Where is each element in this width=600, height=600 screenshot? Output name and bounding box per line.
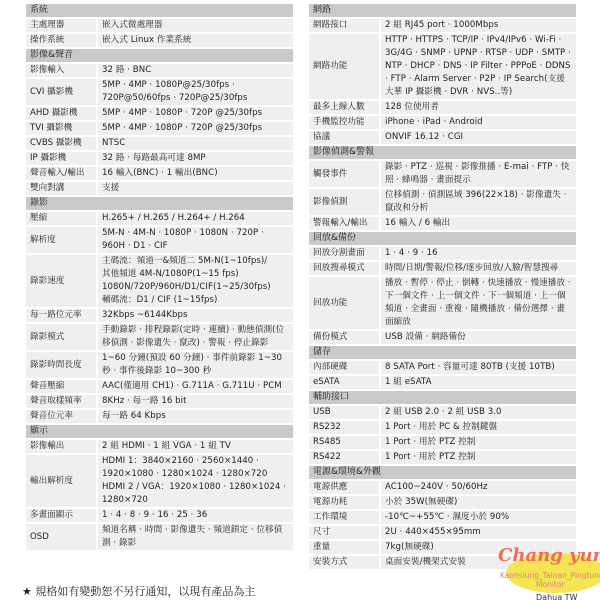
- spec-value-line: 主碼流：頻道一&頻道二 5M-N(1~10fps)/: [102, 255, 289, 268]
- spec-row: eSATA1 組 eSATA: [309, 376, 576, 389]
- spec-value: 5MP · 4MP · 1080P@25/30fps · 720P@50/60f…: [98, 79, 293, 105]
- section-header: 錄影: [26, 197, 293, 210]
- spec-value: ONVIF 16.12 · CGI: [381, 131, 576, 144]
- spec-label: 手機監控功能: [309, 116, 381, 129]
- spec-value: 2 組 USB 2.0 · 2 組 USB 3.0: [381, 406, 576, 419]
- spec-label: 觸發事件: [309, 161, 381, 187]
- spec-value: 1 Port · 用於 PTZ 控制: [381, 436, 576, 449]
- spec-row: 觸發事件錄影 · PTZ · 巡視 · 影像推播 · E-mai · FTP ·…: [309, 161, 576, 187]
- spec-row: 每一路位元率32Kbps ~6144Kbps: [26, 309, 293, 322]
- spec-label: 聲音取樣頻率: [26, 395, 98, 408]
- spec-row: 壓縮H.265+ / H.265 / H.264+ / H.264: [26, 212, 293, 225]
- spec-value: 主碼流：頻道一&頻道二 5M-N(1~10fps)/其他頻道 4M-N/1080…: [98, 255, 293, 307]
- spec-value: 播放 · 暫停 · 停止 · 倒轉 · 快速播放 · 慢速播放 · 下一個文件 …: [381, 277, 576, 329]
- spec-row: 多畫面顯示1 · 4 · 8 · 9 · 16 · 25 · 36: [26, 509, 293, 522]
- spec-row: AHD 攝影機5MP · 4MP · 1080P · 720P @25/30fp…: [26, 107, 293, 120]
- spec-value: 每一路 64 Kbps: [98, 410, 293, 423]
- spec-row: 聲音壓縮AAC(僅適用 CH1) · G.711A · G.711U · PCM: [26, 380, 293, 393]
- footnote: ★ 規格如有變動恕不另行通知，以現有產品為主: [22, 583, 255, 599]
- spec-label: 網路接口: [309, 19, 381, 32]
- spec-row: CVBS 攝影機NTSC: [26, 137, 293, 150]
- section-title: 網路: [309, 4, 576, 17]
- spec-label: 錄影時間長度: [26, 352, 98, 378]
- section-title: 影像&聲音: [26, 49, 293, 62]
- spec-value: 嵌入式 Linux 作業系統: [98, 34, 293, 47]
- spec-row: 雙向對講支援: [26, 182, 293, 195]
- spec-value: 時間/日期/警報/位移/逐步回放/人臉/智慧搜尋: [381, 262, 576, 275]
- spec-label: 網路功能: [309, 34, 381, 99]
- spec-value-line: 1080N/720P/960H/D1/CIF(1~25/30fps): [102, 281, 289, 294]
- spec-row: 錄影模式手動錄影 · 排程錄影(定時 · 連續) · 動態偵測(位移偵測 · 影…: [26, 324, 293, 350]
- spec-label: 工作環境: [309, 511, 381, 524]
- spec-label: 聲音輸入/輸出: [26, 167, 98, 180]
- spec-label: 主處理器: [26, 19, 98, 32]
- section-title: 儲存: [309, 346, 576, 359]
- spec-row: RS4221 Port · 用於 PTZ 控制: [309, 451, 576, 464]
- spec-value: 2 組 RJ45 port · 1000Mbps: [381, 19, 576, 32]
- spec-label: 壓縮: [26, 212, 98, 225]
- spec-value: 2 組 HDMI · 1 組 VGA · 1 組 TV: [98, 440, 293, 453]
- spec-row: 工作環境-10℃~+55℃ · 濕度小於 90%: [309, 511, 576, 524]
- spec-row: 操作系統嵌入式 Linux 作業系統: [26, 34, 293, 47]
- spec-label: 聲音位元率: [26, 410, 98, 423]
- spec-label: 每一路位元率: [26, 309, 98, 322]
- watermark-subtitle2: Monitor: [536, 580, 565, 589]
- spec-label: 解析度: [26, 227, 98, 253]
- spec-label: 影像偵測: [309, 189, 381, 215]
- spec-value: -10℃~+55℃ · 濕度小於 90%: [381, 511, 576, 524]
- spec-value: 支援: [98, 182, 293, 195]
- watermark-footer: Dahua TW: [536, 593, 577, 600]
- spec-label: RS422: [309, 451, 381, 464]
- spec-value: AC100~240V · 50/60Hz: [381, 481, 576, 494]
- spec-row: 回放分割畫面1 · 4 · 9 · 16: [309, 247, 576, 260]
- spec-label: eSATA: [309, 376, 381, 389]
- spec-row: IP 攝影機32 路 · 每路最高可達 8MP: [26, 152, 293, 165]
- spec-row: 網路接口2 組 RJ45 port · 1000Mbps: [309, 19, 576, 32]
- spec-label: 最多上線人數: [309, 101, 381, 114]
- spec-row: CVI 攝影機5MP · 4MP · 1080P@25/30fps · 720P…: [26, 79, 293, 105]
- section-title: 輔助接口: [309, 391, 576, 404]
- spec-label: 錄影速度: [26, 255, 98, 307]
- spec-row: OSD頻道名稱 · 時間 · 影像遺失 · 頻道鎖定 · 位移偵測 · 錄影: [26, 524, 293, 550]
- section-title: 影像偵測&警報: [309, 146, 576, 159]
- section-header: 輔助接口: [309, 391, 576, 404]
- spec-label: 內部硬碟: [309, 361, 381, 374]
- spec-label: RS485: [309, 436, 381, 449]
- spec-table-left: 系統主處理器嵌入式微處理器操作系統嵌入式 Linux 作業系統影像&聲音影像輸入…: [26, 2, 293, 552]
- spec-value: iPhone · iPad · Android: [381, 116, 576, 129]
- spec-label: 影像輸入: [26, 64, 98, 77]
- spec-value: 位移偵測 · 偵測區域 396(22×18) · 影像遺失 · 竄改和分析: [381, 189, 576, 215]
- section-header: 電源&環境&外觀: [309, 466, 576, 479]
- spec-value: 32 路 · 每路最高可達 8MP: [98, 152, 293, 165]
- spec-value: USB 設備 · 網路備份: [381, 331, 576, 344]
- watermark-title: Chang yun's: [498, 545, 600, 566]
- spec-label: OSD: [26, 524, 98, 550]
- spec-label: 電源供應: [309, 481, 381, 494]
- section-header: 系統: [26, 4, 293, 17]
- spec-row: 手機監控功能iPhone · iPad · Android: [309, 116, 576, 129]
- spec-label: CVI 攝影機: [26, 79, 98, 105]
- spec-row: TVI 攝影機5MP · 4MP · 1080P · 720P @25/30fp…: [26, 122, 293, 135]
- spec-row: 尺寸2U · 440×455×95mm: [309, 526, 576, 539]
- spec-row: 解析度5M-N · 4M-N · 1080P · 1080N · 720P · …: [26, 227, 293, 253]
- spec-row: 影像輸入32 路 · BNC: [26, 64, 293, 77]
- spec-value-line: 1920×1080 · 1280×1024 · 1280×720: [102, 468, 289, 481]
- spec-row: 主處理器嵌入式微處理器: [26, 19, 293, 32]
- spec-value: 5MP · 4MP · 1080P · 720P @25/30fps: [98, 107, 293, 120]
- spec-label: USB: [309, 406, 381, 419]
- section-header: 顯示: [26, 425, 293, 438]
- spec-value: 16 輸入 / 6 輸出: [381, 217, 576, 230]
- spec-label: 聲音壓縮: [26, 380, 98, 393]
- spec-value: 128 位使用者: [381, 101, 576, 114]
- spec-value-line: HDMI 1：3840×2160 · 2560×1440 ·: [102, 455, 289, 468]
- spec-row: USB2 組 USB 2.0 · 2 組 USB 3.0: [309, 406, 576, 419]
- spec-row: 警報輸入/輸出16 輸入 / 6 輸出: [309, 217, 576, 230]
- spec-value: NTSC: [98, 137, 293, 150]
- section-header: 影像偵測&警報: [309, 146, 576, 159]
- spec-row: 電源功耗小於 35W(無硬碟): [309, 496, 576, 509]
- spec-label: 安裝方式: [309, 556, 381, 569]
- section-header: 儲存: [309, 346, 576, 359]
- spec-value: 小於 35W(無硬碟): [381, 496, 576, 509]
- spec-value: 嵌入式微處理器: [98, 19, 293, 32]
- spec-value: 1 Port · 用於 PTZ 控制: [381, 451, 576, 464]
- spec-value: 5MP · 4MP · 1080P · 720P @25/30fps: [98, 122, 293, 135]
- spec-label: 尺寸: [309, 526, 381, 539]
- spec-value: 16 輸入(BNC) · 1 輸出(BNC): [98, 167, 293, 180]
- spec-value: 32 路 · BNC: [98, 64, 293, 77]
- section-title: 回放&備份: [309, 232, 576, 245]
- spec-value: 5M-N · 4M-N · 1080P · 1080N · 720P · 960…: [98, 227, 293, 253]
- spec-value: 8KHz · 每一路 16 bit: [98, 395, 293, 408]
- spec-label: 操作系統: [26, 34, 98, 47]
- spec-row: 聲音位元率每一路 64 Kbps: [26, 410, 293, 423]
- spec-label: 協議: [309, 131, 381, 144]
- spec-label: 回放搜尋模式: [309, 262, 381, 275]
- spec-row: 輸出解析度HDMI 1：3840×2160 · 2560×1440 ·1920×…: [26, 455, 293, 507]
- spec-label: 重量: [309, 541, 381, 554]
- spec-label: 錄影模式: [26, 324, 98, 350]
- spec-value: 錄影 · PTZ · 巡視 · 影像推播 · E-mai · FTP · 快照 …: [381, 161, 576, 187]
- spec-value-line: 輔碼流：D1 / CIF (1~15fps): [102, 294, 289, 307]
- section-header: 網路: [309, 4, 576, 17]
- spec-value: 1 組 eSATA: [381, 376, 576, 389]
- section-title: 系統: [26, 4, 293, 17]
- spec-label: CVBS 攝影機: [26, 137, 98, 150]
- spec-row: 協議ONVIF 16.12 · CGI: [309, 131, 576, 144]
- spec-label: 警報輸入/輸出: [309, 217, 381, 230]
- spec-label: 備份模式: [309, 331, 381, 344]
- spec-row: 錄影速度主碼流：頻道一&頻道二 5M-N(1~10fps)/其他頻道 4M-N/…: [26, 255, 293, 307]
- spec-row: 回放功能播放 · 暫停 · 停止 · 倒轉 · 快速播放 · 慢速播放 · 下一…: [309, 277, 576, 329]
- spec-row: 內部硬碟8 SATA Port · 容量可達 80TB (支援 10TB): [309, 361, 576, 374]
- section-title: 電源&環境&外觀: [309, 466, 576, 479]
- spec-value: AAC(僅適用 CH1) · G.711A · G.711U · PCM: [98, 380, 293, 393]
- spec-label: 回放功能: [309, 277, 381, 329]
- spec-value: 手動錄影 · 排程錄影(定時 · 連續) · 動態偵測(位移偵測 · 影像遺失 …: [98, 324, 293, 350]
- spec-row: 聲音輸入/輸出16 輸入(BNC) · 1 輸出(BNC): [26, 167, 293, 180]
- spec-value: HDMI 1：3840×2160 · 2560×1440 ·1920×1080 …: [98, 455, 293, 507]
- spec-label: TVI 攝影機: [26, 122, 98, 135]
- spec-value: 1 · 4 · 9 · 16: [381, 247, 576, 260]
- spec-row: 最多上線人數128 位使用者: [309, 101, 576, 114]
- spec-value: 32Kbps ~6144Kbps: [98, 309, 293, 322]
- spec-row: 錄影時間長度1~60 分鐘(預設 60 分鐘) · 事件前錄影 1~30 秒 ·…: [26, 352, 293, 378]
- spec-label: IP 攝影機: [26, 152, 98, 165]
- spec-value-line: 其他頻道 4M-N/1080P(1~15 fps): [102, 268, 289, 281]
- spec-label: 輸出解析度: [26, 455, 98, 507]
- spec-value: 8 SATA Port · 容量可達 80TB (支援 10TB): [381, 361, 576, 374]
- spec-value: 1~60 分鐘(預設 60 分鐘) · 事件前錄影 1~30 秒 · 事件後錄影…: [98, 352, 293, 378]
- section-title: 顯示: [26, 425, 293, 438]
- watermark-subtitle: Kaohsiung_Tainan_Pingtung: [500, 571, 600, 580]
- section-title: 錄影: [26, 197, 293, 210]
- spec-value: 2U · 440×455×95mm: [381, 526, 576, 539]
- spec-label: 電源功耗: [309, 496, 381, 509]
- spec-label: RS232: [309, 421, 381, 434]
- section-header: 回放&備份: [309, 232, 576, 245]
- spec-value: 1 Port · 用於 PC & 控制鍵盤: [381, 421, 576, 434]
- spec-value: 頻道名稱 · 時間 · 影像遺失 · 頻道鎖定 · 位移偵測 · 錄影: [98, 524, 293, 550]
- spec-value-line: HDMI 2 / VGA：1920×1080 · 1280×1024 ·: [102, 481, 289, 494]
- spec-value: HTTP · HTTPS · TCP/IP · IPv4/IPv6 · Wi-F…: [381, 34, 576, 99]
- spec-row: 影像輸出2 組 HDMI · 1 組 VGA · 1 組 TV: [26, 440, 293, 453]
- spec-label: 多畫面顯示: [26, 509, 98, 522]
- spec-label: 回放分割畫面: [309, 247, 381, 260]
- spec-row: 回放搜尋模式時間/日期/警報/位移/逐步回放/人臉/智慧搜尋: [309, 262, 576, 275]
- spec-row: 聲音取樣頻率8KHz · 每一路 16 bit: [26, 395, 293, 408]
- spec-label: AHD 攝影機: [26, 107, 98, 120]
- spec-value-line: 1280×720: [102, 494, 289, 507]
- section-header: 影像&聲音: [26, 49, 293, 62]
- spec-label: 影像輸出: [26, 440, 98, 453]
- spec-label: 雙向對講: [26, 182, 98, 195]
- spec-row: 電源供應AC100~240V · 50/60Hz: [309, 481, 576, 494]
- spec-value: H.265+ / H.265 / H.264+ / H.264: [98, 212, 293, 225]
- spec-row: 網路功能HTTP · HTTPS · TCP/IP · IPv4/IPv6 · …: [309, 34, 576, 99]
- spec-table-right: 網路網路接口2 組 RJ45 port · 1000Mbps網路功能HTTP ·…: [309, 2, 576, 571]
- spec-row: RS4851 Port · 用於 PTZ 控制: [309, 436, 576, 449]
- spec-row: 影像偵測位移偵測 · 偵測區域 396(22×18) · 影像遺失 · 竄改和分…: [309, 189, 576, 215]
- spec-row: RS2321 Port · 用於 PC & 控制鍵盤: [309, 421, 576, 434]
- spec-value: 1 · 4 · 8 · 9 · 16 · 25 · 36: [98, 509, 293, 522]
- watermark-logo: Chang yun's Kaohsiung_Tainan_Pingtung Mo…: [498, 545, 600, 600]
- spec-row: 備份模式USB 設備 · 網路備份: [309, 331, 576, 344]
